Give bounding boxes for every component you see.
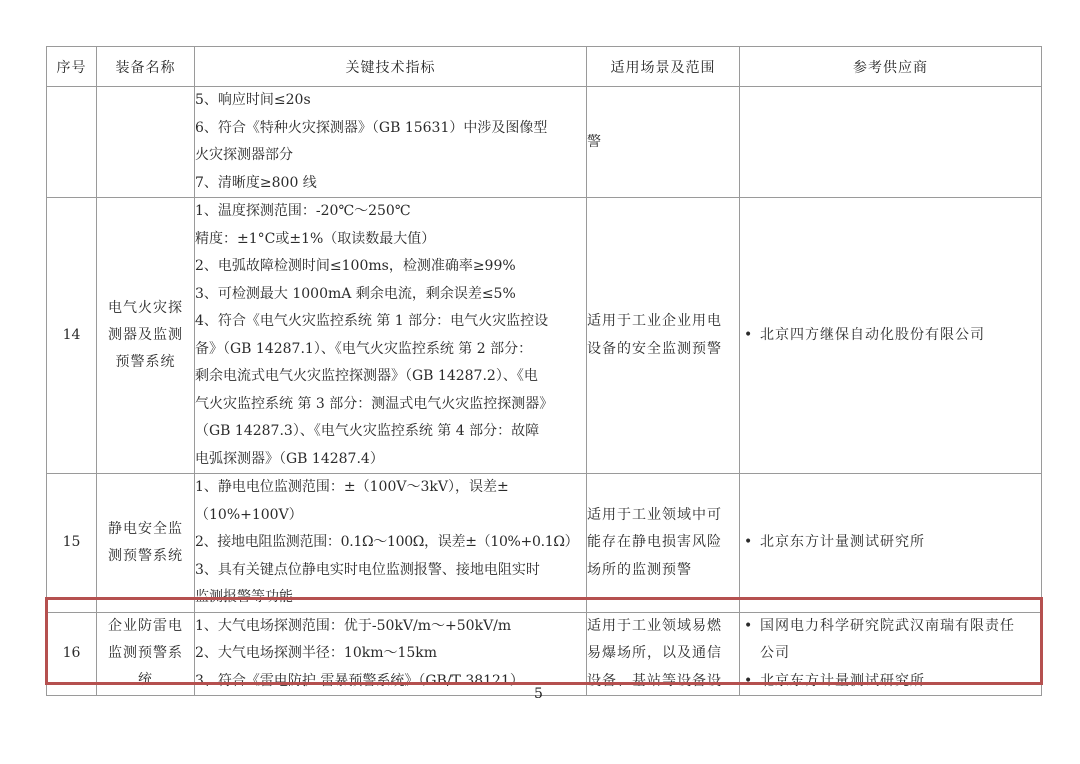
scope-line: 能存在静电损害风险 bbox=[587, 529, 739, 557]
supplier-item: 北京东方计量测试研究所 bbox=[740, 668, 1041, 696]
supplier-item: 北京东方计量测试研究所 bbox=[740, 529, 1041, 557]
header-suppliers: 参考供应商 bbox=[740, 47, 1042, 87]
row-number: 14 bbox=[47, 198, 97, 474]
name-line: 预警系统 bbox=[97, 349, 194, 376]
spec-line: 2、电弧故障检测时间≤100ms，检测准确率≥99% bbox=[195, 253, 586, 281]
supplier-item: 北京四方继保自动化股份有限公司 bbox=[740, 322, 1041, 350]
scope: 适用于工业领域中可 能存在静电损害风险 场所的监测预警 bbox=[587, 474, 740, 613]
scope-line: 适用于工业企业用电 bbox=[587, 308, 739, 336]
spec-line: 监测报警等功能 bbox=[195, 584, 586, 612]
spec-line: 4、符合《电气火灾监控系统 第 1 部分：电气火灾监控设 bbox=[195, 308, 586, 336]
name-line: 监测预警系 bbox=[97, 640, 194, 667]
spec-line: 1、大气电场探测范围：优于-50kV/m～+50kV/m bbox=[195, 613, 586, 641]
spec-line: 剩余电流式电气火灾监控探测器》（GB 14287.2）、《电 bbox=[195, 363, 586, 391]
supplier-list: 北京东方计量测试研究所 bbox=[740, 529, 1041, 557]
page-number: 5 bbox=[534, 686, 543, 702]
table-row: 15 静电安全监 测预警系统 1、静电电位监测范围：±（100V～3kV），误差… bbox=[47, 474, 1042, 613]
row-number: 16 bbox=[47, 612, 97, 696]
spec-line: （10%+100V） bbox=[195, 502, 586, 530]
scope-line: 场所的监测预警 bbox=[587, 557, 739, 585]
spec-line: 1、温度探测范围：-20℃～250℃ bbox=[195, 198, 586, 226]
table-header-row: 序号 装备名称 关键技术指标 适用场景及范围 参考供应商 bbox=[47, 47, 1042, 87]
key-specs: 1、温度探测范围：-20℃～250℃ 精度：±1°C或±1%（取读数最大值） 2… bbox=[195, 198, 587, 474]
scope: 适用于工业企业用电 设备的安全监测预警 bbox=[587, 198, 740, 474]
name-line: 测预警系统 bbox=[97, 543, 194, 570]
scope-line: 警 bbox=[587, 129, 739, 157]
spec-line: 气火灾监控系统 第 3 部分：测温式电气火灾监控探测器》 bbox=[195, 391, 586, 419]
spec-line: 精度：±1°C或±1%（取读数最大值） bbox=[195, 226, 586, 254]
scope-line: 易爆场所，以及通信 bbox=[587, 640, 739, 668]
scope: 适用于工业领域易燃 易爆场所，以及通信 设备、基站等设备设 bbox=[587, 612, 740, 696]
spec-line: 3、可检测最大 1000mA 剩余电流，剩余误差≤5% bbox=[195, 281, 586, 309]
key-specs: 1、大气电场探测范围：优于-50kV/m～+50kV/m 2、大气电场探测半径：… bbox=[195, 612, 587, 696]
key-specs: 5、响应时间≤20s 6、符合《特种火灾探测器》（GB 15631）中涉及图像型… bbox=[195, 87, 587, 198]
suppliers: 北京东方计量测试研究所 bbox=[740, 474, 1042, 613]
spec-line: 备》（GB 14287.1）、《电气火灾监控系统 第 2 部分： bbox=[195, 336, 586, 364]
header-scope: 适用场景及范围 bbox=[587, 47, 740, 87]
equipment-name: 静电安全监 测预警系统 bbox=[97, 474, 195, 613]
spec-line: 2、大气电场探测半径：10km～15km bbox=[195, 640, 586, 668]
spec-line: 1、静电电位监测范围：±（100V～3kV），误差± bbox=[195, 474, 586, 502]
supplier-list: 国网电力科学研究院武汉南瑞有限责任 公司 北京东方计量测试研究所 bbox=[740, 613, 1041, 696]
suppliers: 国网电力科学研究院武汉南瑞有限责任 公司 北京东方计量测试研究所 bbox=[740, 612, 1042, 696]
table-row-highlighted: 16 企业防雷电 监测预警系 统 1、大气电场探测范围：优于-50kV/m～+5… bbox=[47, 612, 1042, 696]
name-line: 企业防雷电 bbox=[97, 613, 194, 640]
header-serial-no: 序号 bbox=[47, 47, 97, 87]
equipment-name: 企业防雷电 监测预警系 统 bbox=[97, 612, 195, 696]
key-specs: 1、静电电位监测范围：±（100V～3kV），误差± （10%+100V） 2、… bbox=[195, 474, 587, 613]
suppliers: 北京四方继保自动化股份有限公司 bbox=[740, 198, 1042, 474]
scope-line: 适用于工业领域中可 bbox=[587, 502, 739, 530]
spec-line: 7、清晰度≥800 线 bbox=[195, 170, 586, 198]
scope-line: 适用于工业领域易燃 bbox=[587, 613, 739, 641]
header-key-specs: 关键技术指标 bbox=[195, 47, 587, 87]
spec-line: 火灾探测器部分 bbox=[195, 142, 586, 170]
supplier-item: 国网电力科学研究院武汉南瑞有限责任 公司 bbox=[740, 613, 1041, 668]
table-row: 14 电气火灾探 测器及监测 预警系统 1、温度探测范围：-20℃～250℃ 精… bbox=[47, 198, 1042, 474]
suppliers bbox=[740, 87, 1042, 198]
row-number: 15 bbox=[47, 474, 97, 613]
spec-line: 电弧探测器》（GB 14287.4） bbox=[195, 446, 586, 474]
scope: 警 bbox=[587, 87, 740, 198]
spec-line: 6、符合《特种火灾探测器》（GB 15631）中涉及图像型 bbox=[195, 115, 586, 143]
scope-line: 设备的安全监测预警 bbox=[587, 336, 739, 364]
spec-line: 5、响应时间≤20s bbox=[195, 87, 586, 115]
name-line: 测器及监测 bbox=[97, 322, 194, 349]
spec-line: 3、具有关键点位静电实时电位监测报警、接地电阻实时 bbox=[195, 557, 586, 585]
name-line: 统 bbox=[97, 667, 194, 694]
name-line: 静电安全监 bbox=[97, 516, 194, 543]
table-row: 5、响应时间≤20s 6、符合《特种火灾探测器》（GB 15631）中涉及图像型… bbox=[47, 87, 1042, 198]
supplier-line: 公司 bbox=[760, 640, 1041, 668]
supplier-line: 国网电力科学研究院武汉南瑞有限责任 bbox=[760, 613, 1041, 641]
header-equipment-name: 装备名称 bbox=[97, 47, 195, 87]
equipment-name: 电气火灾探 测器及监测 预警系统 bbox=[97, 198, 195, 474]
equipment-name bbox=[97, 87, 195, 198]
row-number bbox=[47, 87, 97, 198]
spec-line: 3、符合《雷电防护 雷暴预警系统》（GB/T 38121） bbox=[195, 668, 586, 696]
scope-line: 设备、基站等设备设 bbox=[587, 668, 739, 696]
spec-line: （GB 14287.3）、《电气火灾监控系统 第 4 部分：故障 bbox=[195, 418, 586, 446]
spec-line: 2、接地电阻监测范围：0.1Ω～100Ω，误差±（10%+0.1Ω） bbox=[195, 529, 586, 557]
name-line: 电气火灾探 bbox=[97, 295, 194, 322]
equipment-table: 序号 装备名称 关键技术指标 适用场景及范围 参考供应商 5、响应时间≤20s … bbox=[46, 46, 1042, 696]
supplier-list: 北京四方继保自动化股份有限公司 bbox=[740, 322, 1041, 350]
